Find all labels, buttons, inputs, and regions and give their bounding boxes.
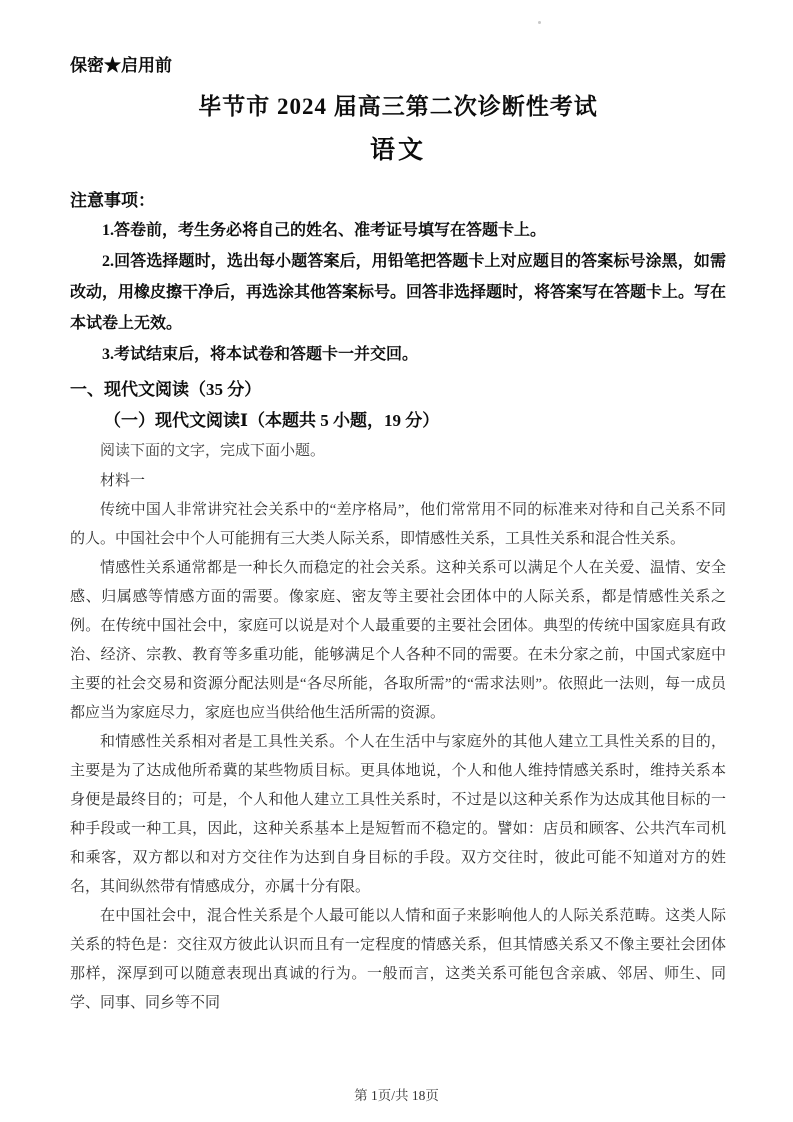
material-paragraph-3: 和情感性关系相对者是工具性关系。个人在生活中与家庭外的其他人建立工具性关系的目的… — [70, 728, 726, 902]
scan-artifact-dot — [538, 21, 541, 24]
notice-item-2: 2.回答选择题时，选出每小题答案后，用铅笔把答题卡上对应题目的答案标号涂黑，如需… — [70, 246, 726, 339]
material-paragraph-4: 在中国社会中，混合性关系是个人最可能以人情和面子来影响他人的人际关系范畴。这类人… — [70, 902, 726, 1018]
subject-title: 语文 — [70, 135, 726, 167]
exam-content: 一、现代文阅读（35 分） （一）现代文阅读Ⅰ（本题共 5 小题，19 分） 阅… — [70, 375, 726, 1018]
notice-heading: 注意事项： — [70, 187, 726, 215]
security-classification-label: 保密★启用前 — [70, 54, 726, 78]
notice-item-3: 3.考试结束后，将本试卷和答题卡一并交回。 — [70, 339, 726, 370]
exam-paper-page: 保密★启用前 毕节市 2024 届高三第二次诊断性考试 语文 注意事项： 1.答… — [0, 0, 793, 1122]
exam-title: 毕节市 2024 届高三第二次诊断性考试 — [70, 92, 726, 122]
page-number-indicator: 第 1页/共 18页 — [0, 1084, 793, 1104]
subsection-heading-modern-reading-1: （一）现代文阅读Ⅰ（本题共 5 小题，19 分） — [70, 405, 726, 436]
reading-instruction: 阅读下面的文字，完成下面小题。 — [70, 436, 726, 466]
notice-section: 注意事项： 1.答卷前，考生务必将自己的姓名、准考证号填写在答题卡上。 2.回答… — [70, 187, 726, 370]
material-paragraph-2: 情感性关系通常都是一种长久而稳定的社会关系。这种关系可以满足个人在关爱、温情、安… — [70, 554, 726, 728]
material-one-label: 材料一 — [70, 466, 726, 496]
notice-item-1: 1.答卷前，考生务必将自己的姓名、准考证号填写在答题卡上。 — [70, 215, 726, 246]
material-paragraph-1: 传统中国人非常讲究社会关系中的“差序格局”，他们常常用不同的标准来对待和自己关系… — [70, 496, 726, 554]
section-heading-modern-reading: 一、现代文阅读（35 分） — [70, 375, 726, 405]
